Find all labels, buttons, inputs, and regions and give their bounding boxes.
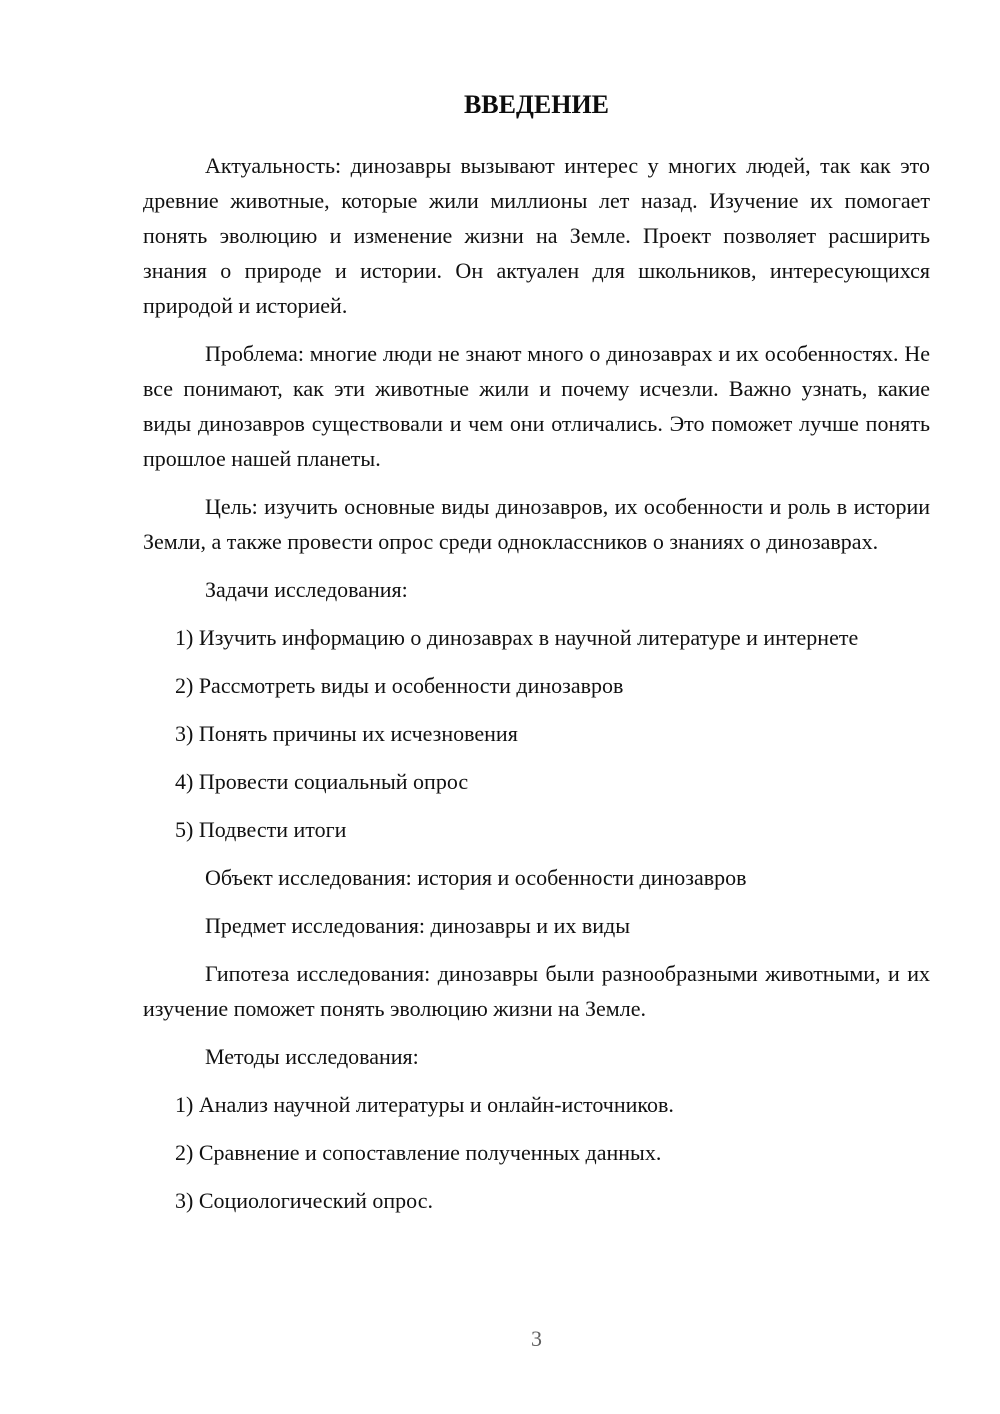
paragraph-problem: Проблема: многие люди не знают много о д…	[143, 336, 930, 476]
paragraph-goal: Цель: изучить основные виды динозавров, …	[143, 489, 930, 559]
task-item-3: 3) Понять причины их исчезновения	[143, 716, 930, 751]
document-page: ВВЕДЕНИЕ Актуальность: динозавры вызываю…	[0, 0, 1000, 1414]
paragraph-object: Объект исследования: история и особеннос…	[143, 860, 930, 895]
method-item-2: 2) Сравнение и сопоставление полученных …	[143, 1135, 930, 1170]
document-content: ВВЕДЕНИЕ Актуальность: динозавры вызываю…	[143, 90, 930, 1231]
task-item-5: 5) Подвести итоги	[143, 812, 930, 847]
method-item-1: 1) Анализ научной литературы и онлайн-ис…	[143, 1087, 930, 1122]
paragraph-hypothesis: Гипотеза исследования: динозавры были ра…	[143, 956, 930, 1026]
page-title: ВВЕДЕНИЕ	[143, 90, 930, 120]
paragraph-relevance: Актуальность: динозавры вызывают интерес…	[143, 148, 930, 323]
paragraph-subject: Предмет исследования: динозавры и их вид…	[143, 908, 930, 943]
task-item-2: 2) Рассмотреть виды и особенности диноза…	[143, 668, 930, 703]
tasks-heading: Задачи исследования:	[143, 572, 930, 607]
methods-heading: Методы исследования:	[143, 1039, 930, 1074]
method-item-3: 3) Социологический опрос.	[143, 1183, 930, 1218]
task-item-1: 1) Изучить информацию о динозаврах в нау…	[143, 620, 930, 655]
page-number: 3	[143, 1326, 930, 1352]
task-item-4: 4) Провести социальный опрос	[143, 764, 930, 799]
